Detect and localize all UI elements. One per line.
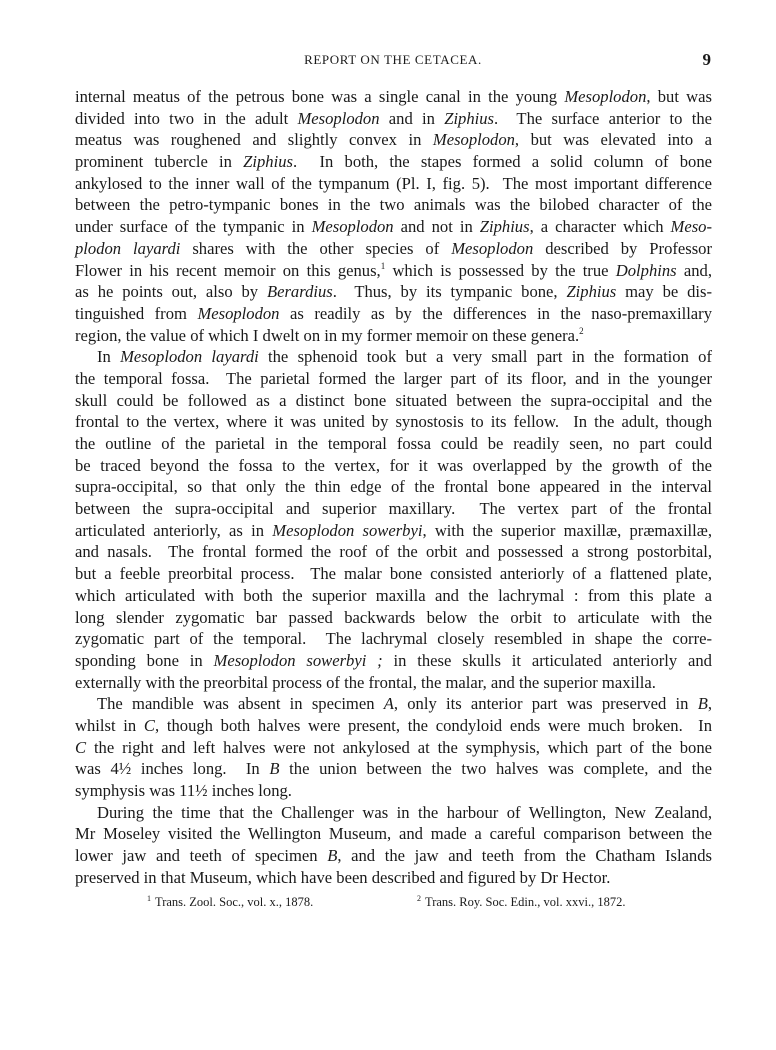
text-line: symphysis was 11½ inches long. (75, 780, 712, 802)
text-line: zygomatic part of the temporal. The lach… (75, 628, 712, 650)
footnote-text: Trans. Roy. Soc. Edin., vol. xxvi., 1872… (425, 895, 625, 909)
paragraph-mandible: The mandible was absent in specimen A, o… (75, 693, 712, 801)
italic-term: Ziphius (566, 282, 616, 301)
text-line: Flower in his recent memoir on this genu… (75, 260, 712, 282)
italic-term: Meso- (671, 217, 712, 236)
text-line: internal meatus of the petrous bone was … (75, 86, 712, 108)
text-line: was 4½ inches long. In B the union betwe… (75, 758, 712, 780)
text-line: externally with the preorbital process o… (75, 672, 712, 694)
italic-term: B (269, 759, 279, 778)
italic-term: Ziphius (480, 217, 530, 236)
running-title: REPORT ON THE CETACEA. (75, 52, 711, 68)
italic-term: Mesoplodon layardi (120, 347, 259, 366)
text-line: between the petro-tympanic bones in the … (75, 194, 712, 216)
footnote-text: Trans. Zool. Soc., vol. x., 1878. (155, 895, 313, 909)
text-line: whilst in C, though both halves were pre… (75, 715, 712, 737)
text-line: ankylosed to the inner wall of the tympa… (75, 173, 712, 195)
italic-term: plodon layardi (75, 239, 180, 258)
text-line: lower jaw and teeth of specimen B, and t… (75, 845, 712, 867)
text-line: plodon layardi shares with the other spe… (75, 238, 712, 260)
italic-term: Berardius (267, 282, 333, 301)
italic-term: Ziphius (243, 152, 293, 171)
text-line: supra-occipital, so that only the thin e… (75, 476, 712, 498)
italic-term: Ziphius (444, 109, 494, 128)
paragraph-temporal-fossa: In Mesoplodon layardi the sphenoid took … (75, 346, 712, 693)
text-line: the temporal fossa. The parietal formed … (75, 368, 712, 390)
text-line: which articulated with both the superior… (75, 585, 712, 607)
italic-term: C (75, 738, 86, 757)
text-line: During the time that the Challenger was … (75, 802, 712, 824)
italic-term: A (384, 694, 394, 713)
italic-term: Mesoplodon (312, 217, 394, 236)
footnote-1: 1Trans. Zool. Soc., vol. x., 1878. (147, 895, 313, 910)
text-line: sponding bone in Mesoplodon sowerbyi ; i… (75, 650, 712, 672)
italic-term: Mesoplodon (451, 239, 533, 258)
italic-term: Dolphins (616, 261, 677, 280)
document-page: REPORT ON THE CETACEA. 9 internal meatus… (0, 0, 776, 1050)
text-line: Mr Moseley visited the Wellington Museum… (75, 823, 712, 845)
text-line: meatus was roughened and slightly convex… (75, 129, 712, 151)
footnotes: 1Trans. Zool. Soc., vol. x., 1878. 2Tran… (75, 895, 712, 915)
text-line: In Mesoplodon layardi the sphenoid took … (75, 346, 712, 368)
text-line: region, the value of which I dwelt on in… (75, 325, 712, 347)
italic-term: B (698, 694, 708, 713)
text-line: prominent tubercle in Ziphius. In both, … (75, 151, 712, 173)
text-line: articulated anteriorly, as in Mesoplodon… (75, 520, 712, 542)
page-number: 9 (703, 50, 712, 70)
running-head: REPORT ON THE CETACEA. 9 (75, 50, 711, 70)
paragraph-petrous-bone: internal meatus of the petrous bone was … (75, 86, 712, 346)
text-line: divided into two in the adult Mesoplodon… (75, 108, 712, 130)
italic-term: Mesoplodon sowerbyi ; (214, 651, 383, 670)
text-line: preserved in that Museum, which have bee… (75, 867, 712, 889)
text-line: be traced beyond the fossa to the vertex… (75, 455, 712, 477)
footnote-reference: 2 (579, 326, 584, 336)
text-line: under surface of the tympanic in Mesoplo… (75, 216, 712, 238)
text-line: frontal to the vertex, where it was unit… (75, 411, 712, 433)
text-line: as he points out, also by Berardius. Thu… (75, 281, 712, 303)
italic-term: Mesoplodon (297, 109, 379, 128)
text-line: and nasals. The frontal formed the roof … (75, 541, 712, 563)
text-line: The mandible was absent in specimen A, o… (75, 693, 712, 715)
italic-term: Mesoplodon (433, 130, 515, 149)
paragraph-wellington-museum: During the time that the Challenger was … (75, 802, 712, 889)
text-line: skull could be followed as a distinct bo… (75, 390, 712, 412)
italic-term: C (144, 716, 155, 735)
footnote-marker: 1 (147, 894, 151, 903)
text-line: tinguished from Mesoplodon as readily as… (75, 303, 712, 325)
italic-term: Mesoplodon sowerbyi (272, 521, 422, 540)
body-text: internal meatus of the petrous bone was … (75, 86, 712, 888)
italic-term: B (327, 846, 337, 865)
text-line: the outline of the parietal in the tempo… (75, 433, 712, 455)
text-line: between the supra-occipital and superior… (75, 498, 712, 520)
italic-term: Mesoplodon (564, 87, 646, 106)
text-line: but a feeble preorbital process. The mal… (75, 563, 712, 585)
text-line: long slender zygomatic bar passed backwa… (75, 607, 712, 629)
italic-term: Mesoplodon (197, 304, 279, 323)
text-line: C the right and left halves were not ank… (75, 737, 712, 759)
footnote-2: 2Trans. Roy. Soc. Edin., vol. xxvi., 187… (417, 895, 625, 910)
footnote-marker: 2 (417, 894, 421, 903)
